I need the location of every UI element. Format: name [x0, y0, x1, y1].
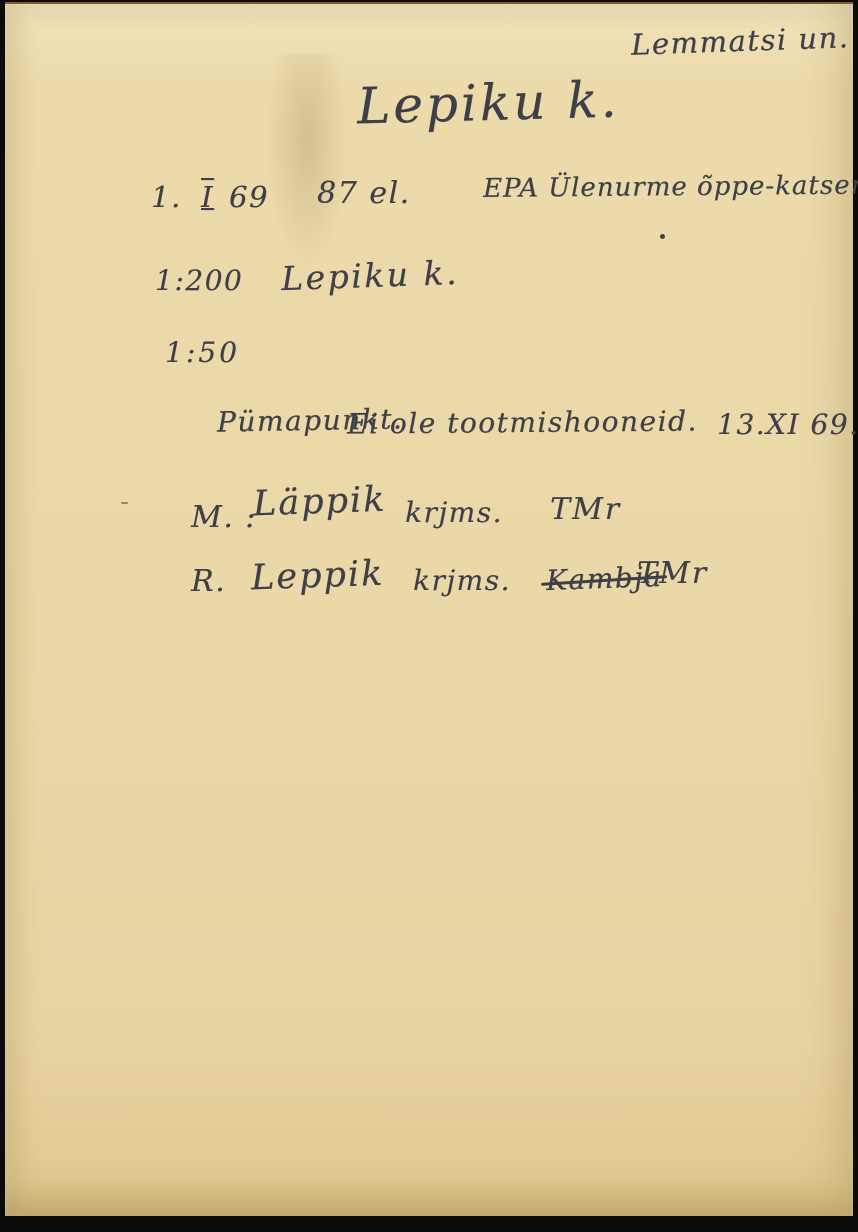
card-title: Lepiku k. [356, 71, 620, 136]
ink-speck [121, 502, 128, 504]
paper-crease [267, 54, 347, 264]
person-m-role: M. : [191, 500, 257, 535]
person-r-role: R. [191, 564, 226, 599]
place-name: Lepiku k. [280, 253, 459, 298]
map-scale-1: 1:200 [155, 264, 243, 297]
person-m-mark: TMr [550, 492, 621, 527]
note-no-production-buildings: Ei ole tootmishooneid. [347, 404, 698, 440]
person-r-abbr: krjms. [413, 564, 511, 597]
note-date: 13.XI 69. [717, 408, 858, 441]
scanned-archive-card: Lemmatsi un. Lepiku k. 1. I 69 87 el. EP… [0, 0, 858, 1232]
household-count: 87 el. [317, 176, 411, 211]
person-m-abbr: krjms. [405, 496, 503, 529]
survey-date-month-roman: I [201, 180, 214, 214]
person-r-mark: TMr [637, 556, 708, 591]
survey-date-year: 69 [229, 180, 269, 214]
paper-sheet: Lemmatsi un. Lepiku k. 1. I 69 87 el. EP… [5, 2, 853, 1216]
person-r-surname: Leppik [250, 554, 384, 599]
survey-date-day: 1. [151, 180, 182, 214]
corner-note: Lemmatsi un. [630, 20, 849, 62]
map-scale-2: 1:50 [165, 336, 240, 369]
ink-speck [660, 234, 665, 239]
person-m-surname: Läppik [252, 480, 387, 525]
organization-name: EPA Ülenurme õppe-katsemaj. [483, 170, 858, 204]
